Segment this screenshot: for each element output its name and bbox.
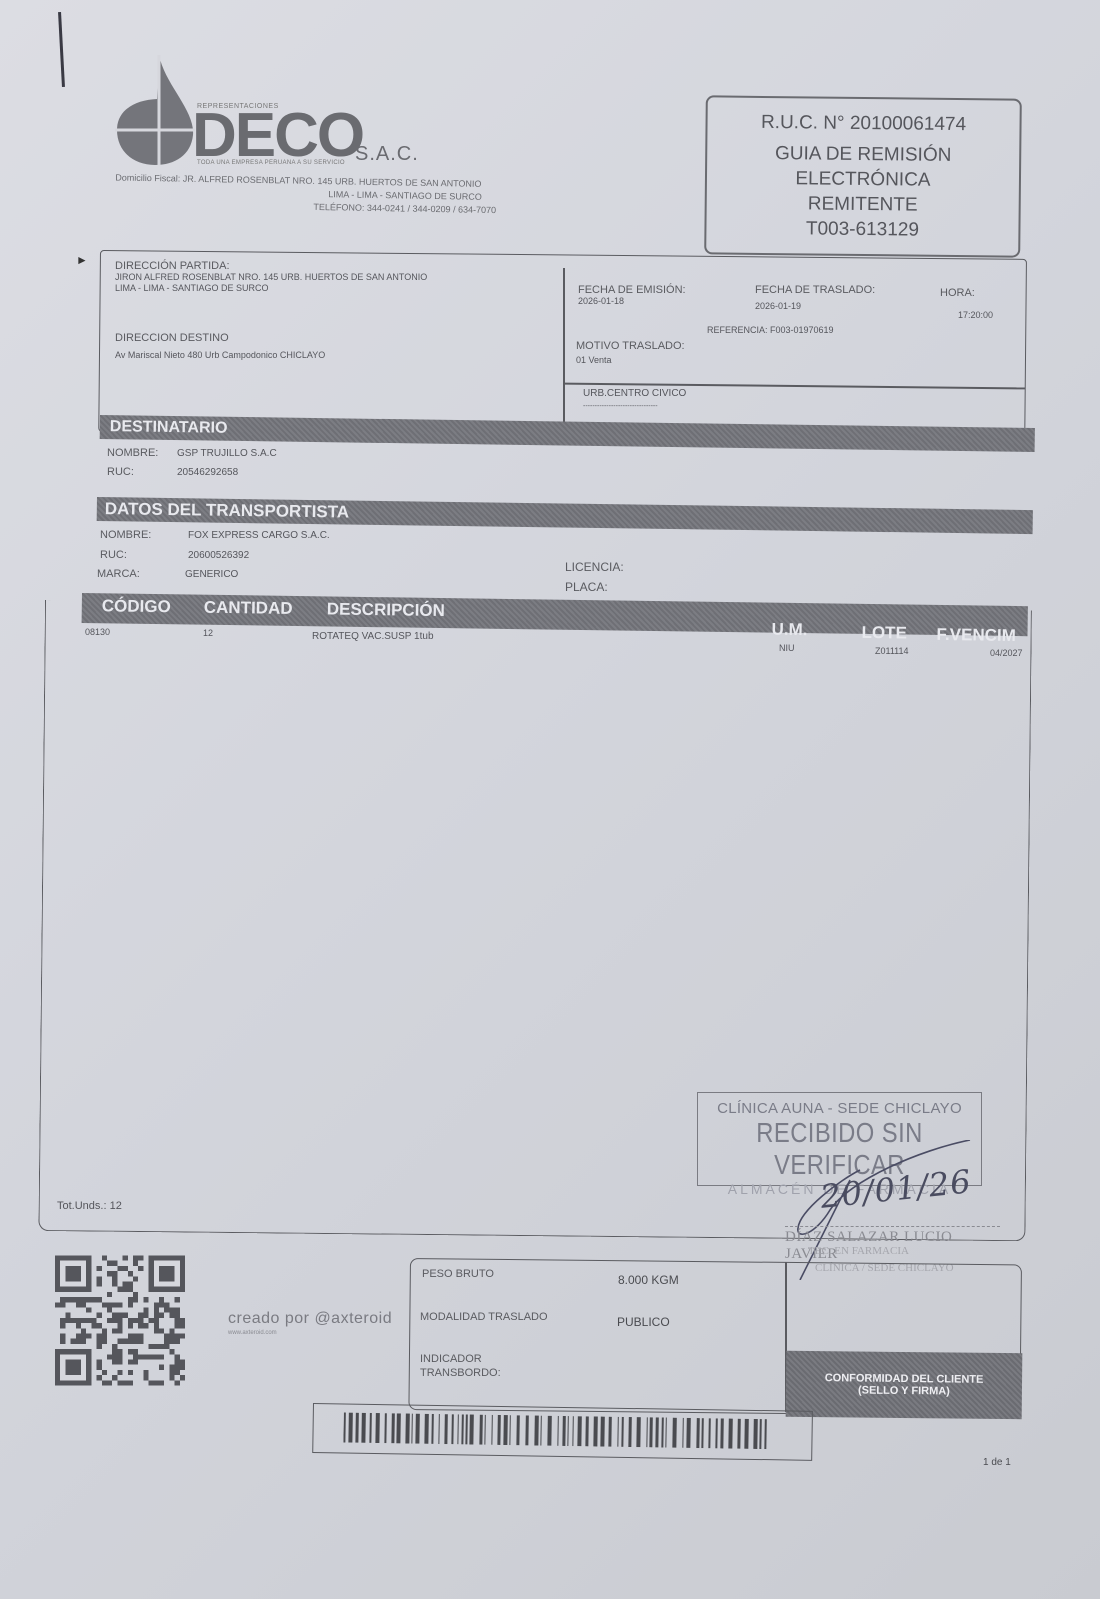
ruc-number: R.U.C. N° 20100061474 xyxy=(707,111,1019,136)
barcode-frame xyxy=(312,1403,813,1461)
addresses-section: DIRECCIÓN PARTIDA: JIRON ALFRED ROSENBLA… xyxy=(115,260,555,361)
col-descripcion: DESCRIPCIÓN xyxy=(327,596,445,624)
cell-codigo: 08130 xyxy=(85,627,110,637)
document-number: T003-613129 xyxy=(706,216,1018,242)
emision-value: 2026-01-18 xyxy=(578,296,624,307)
conformidad-line-2: (SELLO Y FIRMA) xyxy=(786,1384,1022,1398)
cell-vencim: 04/2027 xyxy=(990,648,1023,658)
brand-suffix: S.A.C. xyxy=(355,143,419,166)
brand-name: DECO xyxy=(192,105,363,167)
motivo-label: MOTIVO TRASLADO: xyxy=(576,340,685,352)
cell-um: NIU xyxy=(779,643,795,653)
destino-label: DIRECCION DESTINO xyxy=(115,332,555,344)
urb-dashes: -------------------------------- xyxy=(583,401,658,412)
traslado-value: 2026-01-19 xyxy=(755,301,801,312)
doc-title-line-3: REMITENTE xyxy=(707,191,1019,217)
bullet-mark-icon: ► xyxy=(76,253,88,267)
partida-line-1: JIRON ALFRED ROSENBLAT NRO. 145 URB. HUE… xyxy=(115,272,555,283)
peso-label: PESO BRUTO xyxy=(422,1268,494,1280)
indicador-label-1: INDICADOR xyxy=(420,1353,482,1365)
traslado-label: FECHA DE TRASLADO: xyxy=(755,284,875,296)
qr-code-icon[interactable] xyxy=(55,1253,185,1388)
hora-value: 17:20:00 xyxy=(958,310,993,321)
doc-title-line-1: GUIA DE REMISIÓN xyxy=(707,141,1019,167)
destino-value: Av Mariscal Nieto 480 Urb Campodonico CH… xyxy=(115,350,555,361)
total-units: Tot.Unds.: 12 xyxy=(57,1200,122,1212)
col-codigo: CÓDIGO xyxy=(102,593,171,620)
partida-label: DIRECCIÓN PARTIDA: xyxy=(115,260,555,272)
partida-line-2: LIMA - LIMA - SANTIAGO DE SURCO xyxy=(115,283,555,294)
urb-label: URB.CENTRO CIVICO xyxy=(583,388,686,399)
indicador-label-2: TRANSBORDO: xyxy=(420,1367,501,1379)
pen-mark xyxy=(58,12,65,87)
transportista-ruc: RUC:20600526392 xyxy=(100,549,249,561)
cell-cantidad: 12 xyxy=(203,628,213,638)
transportista-nombre: NOMBRE:FOX EXPRESS CARGO S.A.C. xyxy=(100,529,330,541)
col-cantidad: CANTIDAD xyxy=(204,595,293,622)
hora-label: HORA: xyxy=(940,287,975,299)
placa-label: PLACA: xyxy=(565,580,608,594)
destinatario-ruc: RUC:20546292658 xyxy=(107,466,238,478)
peso-value: 8.000 KGM xyxy=(618,1273,679,1287)
company-address: Domicilio Fiscal: JR. ALFRED ROSENBLAT N… xyxy=(115,171,636,219)
doc-title-line-2: ELECTRÓNICA xyxy=(707,166,1019,192)
brand-tagline: TODA UNA EMPRESA PERUANA A SU SERVICIO xyxy=(197,160,345,166)
transportista-marca: MARCA:GENERICO xyxy=(97,568,238,580)
modalidad-value: PUBLICO xyxy=(617,1315,670,1329)
stamp-clinic: CLÍNICA AUNA - SEDE CHICLAYO xyxy=(698,1100,981,1117)
creator-label: creado por @axteroid xyxy=(228,1310,392,1328)
modalidad-label: MODALIDAD TRASLADO xyxy=(420,1311,548,1323)
cell-descripcion: ROTATEQ VAC.SUSP 1tub xyxy=(312,631,434,642)
document-header-box: R.U.C. N° 20100061474 GUIA DE REMISIÓN E… xyxy=(704,95,1022,257)
page-number: 1 de 1 xyxy=(983,1457,1011,1468)
col-vencim: F.VENCIM xyxy=(936,622,1016,649)
creator-url[interactable]: www.axteroid.com xyxy=(228,1330,277,1336)
referencia: REFERENCIA: F003-01970619 xyxy=(707,325,834,336)
signer-role: TEC. EN FARMACIA xyxy=(808,1245,909,1257)
barcode-icon xyxy=(343,1412,773,1449)
col-lote: LOTE xyxy=(861,620,907,647)
col-um: U.M. xyxy=(771,617,807,643)
divider xyxy=(563,268,565,426)
licencia-label: LICENCIA: xyxy=(565,560,624,574)
conformidad-box: CONFORMIDAD DEL CLIENTE (SELLO Y FIRMA) xyxy=(786,1351,1023,1419)
cell-lote: Z011114 xyxy=(875,646,909,656)
destinatario-nombre: NOMBRE:GSP TRUJILLO S.A.C xyxy=(107,447,277,459)
motivo-value: 01 Venta xyxy=(576,355,612,366)
deco-drop-logo-icon xyxy=(115,55,195,165)
